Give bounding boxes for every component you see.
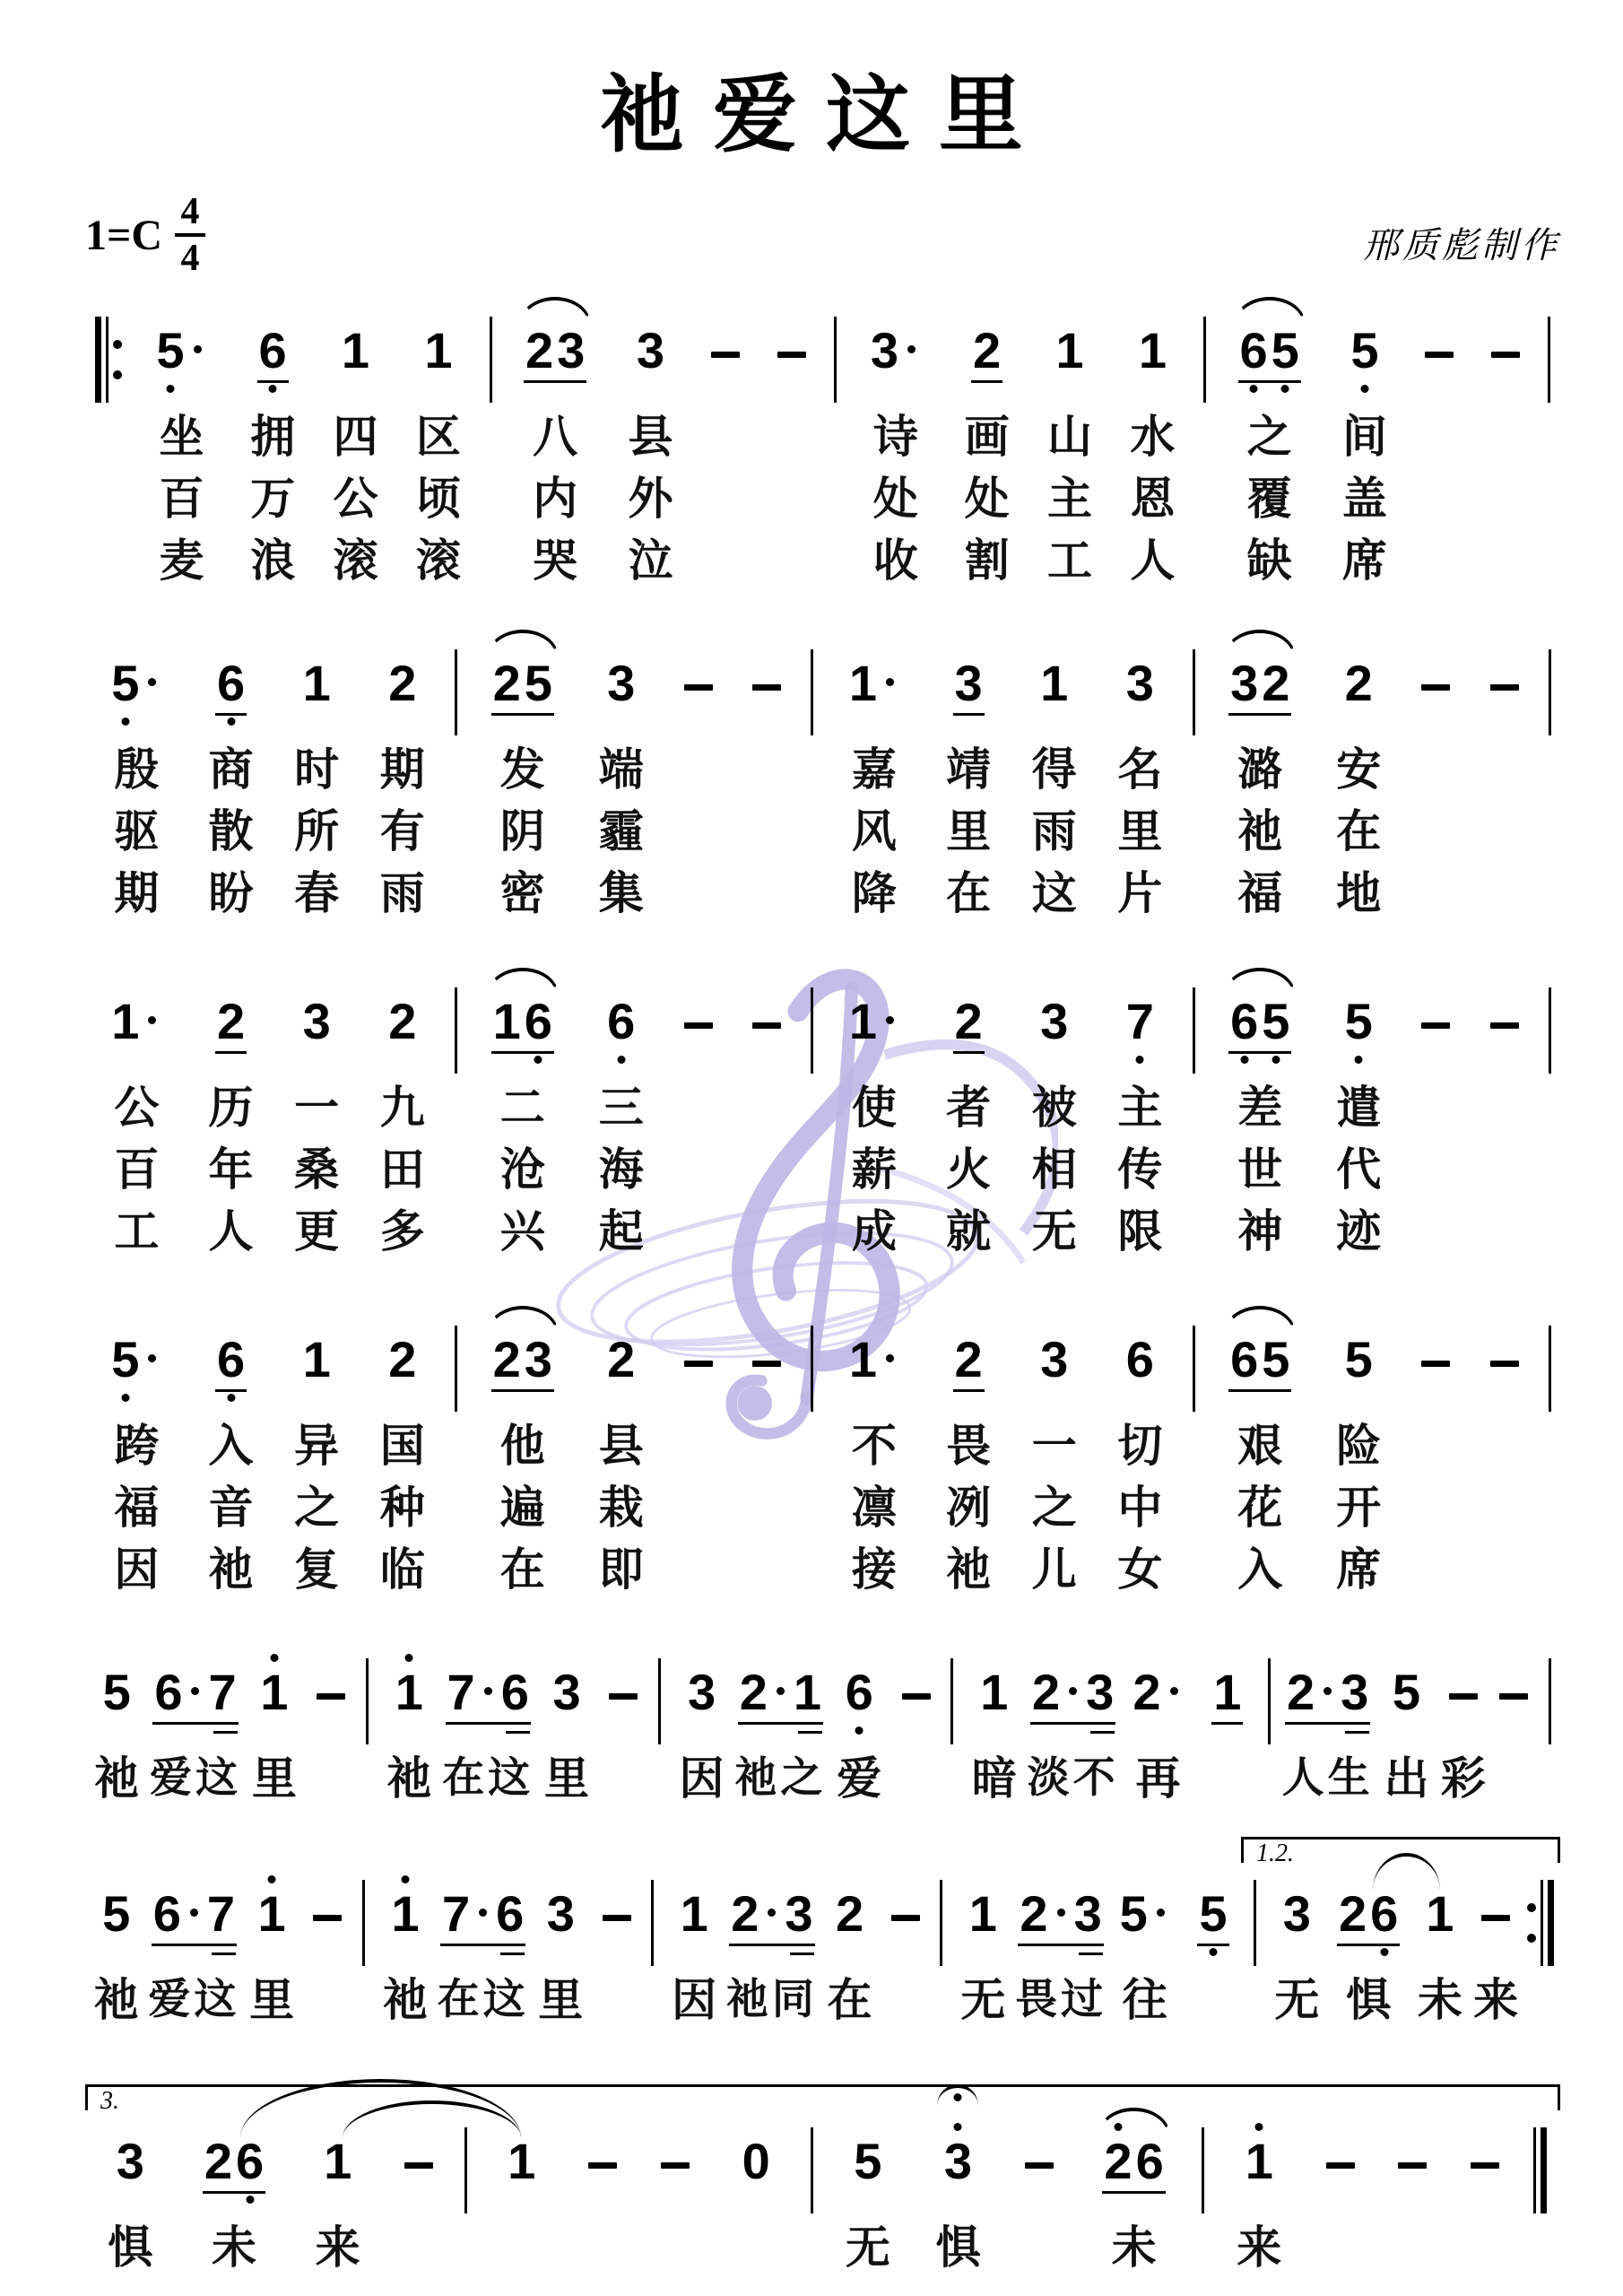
note-digit: 2 (1104, 2136, 1132, 2187)
dash-token (1305, 2111, 1376, 2281)
note-group: 5 (1349, 326, 1380, 383)
note-digit: 6 (525, 996, 552, 1047)
note-group: 6 (215, 658, 247, 716)
note-group: 23 (524, 326, 586, 383)
note-token: 5无 (823, 2111, 914, 2281)
duration-dash (777, 352, 806, 358)
note-digit: 1 (395, 1667, 423, 1718)
note-digit: 2 (493, 658, 521, 709)
note-group: 23 (491, 1335, 554, 1392)
note-digit: 7 (1126, 996, 1154, 1047)
note-token: 26未 (1075, 2111, 1193, 2281)
note-digit: 5 (1199, 1889, 1227, 1939)
lyric-syllable: 畏 (946, 1417, 991, 1479)
lyric-syllable: 四 (334, 408, 378, 470)
note-token: 23淡不 (1026, 1642, 1120, 1812)
dash-token (1003, 2111, 1075, 2281)
note-digit: 1 (303, 1335, 331, 1385)
duration-dash (1449, 1693, 1478, 1700)
note-group: 3 (605, 658, 637, 716)
lyric-syllable: 因 (114, 1541, 159, 1603)
barline (931, 1864, 952, 1971)
note-digit: 5 (525, 658, 552, 709)
barline (446, 1309, 467, 1417)
note-group: 16 (491, 996, 554, 1054)
lyric-syllable: 在 (946, 865, 991, 926)
note-digit: 1 (980, 1667, 1008, 1718)
note-token: 1里 (240, 1864, 302, 2033)
lyric-syllable: 无 (960, 1971, 1005, 2033)
note-group: 76 (440, 1889, 525, 1946)
lyric-syllable: 畏过 (1015, 1971, 1107, 2033)
note-digit: 3 (1074, 1889, 1102, 1939)
note-group: 1 (1054, 326, 1085, 383)
barline (446, 971, 467, 1079)
note-token: 3因 (670, 1642, 733, 1812)
duration-dash (1326, 2162, 1355, 2169)
note-token: 23人生 (1280, 1642, 1375, 1812)
lyric-syllable: 切 (1117, 1417, 1162, 1479)
note-group: 1 (978, 1667, 1010, 1725)
duration-dash (752, 684, 781, 691)
duration-dash (1471, 2162, 1499, 2169)
note-digit: 1 (493, 996, 521, 1047)
system-6: 5祂67爱这1里1祂76在这3里1因23祂同2在1无23畏过5往53无26惧1未… (85, 1864, 1560, 2033)
note-token: 6爱 (828, 1642, 890, 1812)
note-group: 65 (1228, 996, 1291, 1054)
note-digit: 5 (1345, 1335, 1373, 1385)
lyric-syllable: 使 (852, 1079, 897, 1141)
note-token: 23他遍在 (467, 1309, 578, 1603)
duration-dash (588, 2162, 617, 2169)
note-token: 65之覆缺 (1216, 300, 1324, 594)
duration-dash (404, 2162, 433, 2169)
duration-dash (684, 1022, 713, 1029)
duration-dash (1398, 2162, 1427, 2169)
note-group: 1 (1137, 326, 1168, 383)
lyric-syllable: 殷 (114, 741, 159, 803)
note-digit: 2 (204, 2136, 232, 2187)
note-group: 2 (834, 1889, 865, 1946)
note-digit: 2 (1133, 1667, 1160, 1718)
note-token: 1公百工 (85, 971, 188, 1265)
lyric-syllable: 被 (1032, 1079, 1077, 1141)
note-digit: 1 (1245, 2136, 1273, 2187)
note-token: 3名里片 (1098, 633, 1184, 926)
lyric-syllable: 多 (380, 1203, 425, 1265)
lyric-syllable: 拥 (250, 408, 295, 470)
duration-dash (1421, 1361, 1450, 1367)
note-token: 1四公滚 (314, 300, 396, 594)
note-digit: 2 (1032, 1667, 1060, 1718)
note-token: 1暗 (963, 1642, 1026, 1812)
note-digit: 1 (969, 1889, 997, 1939)
barline (802, 1309, 823, 1417)
dash-token (1406, 300, 1472, 594)
note-token: 6商散盼 (188, 633, 274, 926)
lyric-syllable: 端 (599, 741, 644, 803)
note-group: 26 (1102, 2136, 1165, 2194)
note-digit: 2 (955, 1335, 983, 1385)
lyric-syllable: 祂 (946, 1541, 991, 1603)
lyric-syllable: 惧 (108, 2219, 152, 2281)
note-group: 2 (971, 326, 1002, 383)
lyric-syllable: 人生 (1282, 1750, 1374, 1812)
lyric-syllable: 集 (599, 865, 644, 926)
notes-row: 5坐百麦6拥万浪1四公滚1区顷滚23八内哭3县外泣3诗处收2画处割1山主工1水恩… (85, 300, 1560, 594)
augmentation-dot (777, 1687, 785, 1695)
note-digit: 1 (508, 2136, 535, 2187)
note-group: 3 (869, 326, 923, 383)
lyric-syllable: 之 (294, 1479, 339, 1541)
note-digit: 1 (324, 2136, 352, 2187)
barline (1539, 633, 1560, 741)
dash-token (733, 1309, 802, 1603)
dash-token (1402, 1309, 1471, 1603)
lyric-syllable: 代 (1336, 1141, 1381, 1203)
note-group: 1 (394, 1667, 425, 1725)
lyric-syllable: 所 (294, 803, 339, 865)
note-token: 1得雨这 (1011, 633, 1098, 926)
lyric-syllable: 在这 (438, 1971, 529, 2033)
lyric-syllable: 麦 (159, 532, 204, 594)
lyric-syllable: 工 (1047, 532, 1092, 594)
lyric-syllable: 因 (672, 1971, 716, 2033)
lyric-syllable: 栽 (599, 1479, 644, 1541)
note-group: 1 (1244, 2136, 1275, 2194)
note-digit: 1 (424, 326, 452, 376)
duration-dash (752, 1361, 781, 1367)
note-token: 5出 (1375, 1642, 1437, 1812)
note-digit: 2 (388, 658, 416, 709)
dash-token (664, 633, 733, 926)
lyric-syllable: 阴 (500, 803, 545, 865)
note-digit: 2 (525, 326, 553, 376)
note-digit: 3 (1341, 1667, 1368, 1718)
note-digit: 6 (1126, 1335, 1154, 1385)
note-digit: 1 (257, 1889, 285, 1939)
note-digit: 1 (849, 658, 877, 709)
note-digit: 7 (442, 1889, 470, 1939)
augmentation-dot (1057, 1909, 1065, 1917)
note-digit: 3 (1283, 1889, 1311, 1939)
slur-arc (487, 968, 559, 996)
note-token: 3一桑更 (273, 971, 360, 1265)
lyric-syllable: 顷 (416, 470, 461, 532)
volta-label: 3. (100, 2087, 119, 2116)
lyric-syllable: 祂 (1237, 803, 1282, 865)
note-group: 32 (1228, 658, 1291, 716)
lyric-syllable: 有 (380, 803, 425, 865)
note-token: 2画处割 (945, 300, 1028, 594)
note-token: 5遣代迹 (1315, 971, 1402, 1265)
note-token: 5祂 (85, 1864, 147, 2033)
note-digit: 7 (208, 1667, 236, 1718)
lyric-syllable: 开 (1336, 1479, 1381, 1541)
note-token: 65差世神 (1204, 971, 1315, 1265)
lyric-syllable: 惧 (935, 2219, 980, 2281)
note-group: 76 (446, 1667, 531, 1725)
note-token: 3里 (535, 1642, 598, 1812)
sixteenth-underline (506, 1731, 530, 1734)
slur-arc (1234, 297, 1306, 325)
lyric-syllable: 火 (946, 1141, 991, 1203)
lyric-syllable: 县 (599, 1417, 644, 1479)
note-group: 5 (109, 1335, 163, 1392)
lyric-syllable: 之 (1032, 1479, 1077, 1541)
note-group: 1 (847, 996, 901, 1054)
slur-arc (519, 297, 591, 325)
lyric-syllable: 八 (533, 408, 577, 470)
note-token: 2畏冽祂 (925, 1309, 1011, 1603)
lyric-syllable: 覆 (1247, 470, 1292, 532)
note-group: 67 (152, 1667, 238, 1725)
barline (1539, 1309, 1560, 1417)
augmentation-dot (1324, 1687, 1332, 1695)
dash-token (664, 1309, 733, 1603)
note-token: 1不凛接 (823, 1309, 926, 1603)
note-digit: 0 (742, 2136, 770, 2187)
augmentation-dot (148, 678, 156, 686)
note-digit: 1 (391, 1889, 419, 1939)
note-digit: 2 (1345, 658, 1373, 709)
note-token: 1异之复 (273, 1309, 360, 1603)
duration-dash (1491, 352, 1520, 358)
note-group: 5 (109, 658, 163, 716)
dash-token (567, 2111, 638, 2281)
sheet-music-page: 祂爱这里 1=C 4 4 邢质彪制作 5坐百麦6拥万浪1四公滚1区顷滚23八内哭… (0, 0, 1623, 2296)
lyric-syllable: 万 (250, 470, 295, 532)
lyric-syllable: 相 (1032, 1141, 1077, 1203)
duration-dash (1481, 1915, 1510, 1921)
sixteenth-underline (213, 1731, 238, 1734)
barline (802, 971, 823, 1079)
note-group: 3 (953, 658, 985, 716)
note-token: 67爱这 (148, 1642, 242, 1812)
note-token: 32潞祂福 (1204, 633, 1315, 926)
duration-dash (609, 1693, 638, 1700)
note-group: 1 (847, 658, 901, 716)
note-digit: 5 (111, 1335, 139, 1385)
sixteenth-underline (790, 1952, 814, 1955)
note-token: 25发阴密 (467, 633, 578, 926)
note-token: 5跨福因 (85, 1309, 188, 1603)
lyric-syllable: 公 (334, 470, 378, 532)
lyric-syllable: 因 (680, 1750, 725, 1812)
note-digit: 5 (102, 1889, 130, 1939)
lyric-syllable: 花 (1237, 1479, 1282, 1541)
lyric-syllable: 桑 (294, 1141, 339, 1203)
slur-arc (1224, 1306, 1296, 1334)
duration-dash (603, 1915, 631, 1921)
dash-token (1402, 633, 1471, 926)
note-group: 1 (1211, 1667, 1243, 1725)
note-group: 3 (1124, 658, 1156, 716)
note-group: 5 (154, 326, 208, 383)
lyric-syllable: 区 (416, 408, 461, 470)
barline (480, 300, 501, 408)
lyric-syllable: 薪 (852, 1141, 897, 1203)
note-token: 3端霾集 (578, 633, 664, 926)
lyric-syllable: 潞 (1237, 741, 1282, 803)
note-group: 5 (1118, 1889, 1172, 1946)
note-digit: 2 (973, 326, 1001, 376)
note-token: 2期有雨 (360, 633, 446, 926)
note-digit: 6 (1370, 1889, 1398, 1939)
duration-dash (661, 2162, 690, 2169)
lyric-syllable: 山 (1047, 408, 1092, 470)
barline (1539, 971, 1560, 1079)
slur-arc (1224, 968, 1296, 996)
dash-token (1471, 1309, 1540, 1603)
note-group: 65 (1228, 1335, 1291, 1392)
dash-token (306, 1642, 356, 1812)
note-token: 23祂同 (725, 1864, 819, 2033)
note-token: 1使薪成 (823, 971, 926, 1265)
note-group: 0 (741, 2136, 772, 2194)
lyric-syllable: 异 (294, 1417, 339, 1479)
lyric-syllable: 处 (965, 470, 1010, 532)
note-digit: 1 (849, 996, 877, 1047)
duration-dash (711, 352, 740, 358)
lyric-syllable: 间 (1342, 408, 1387, 470)
lyric-syllable: 盖 (1342, 470, 1387, 532)
note-token: 2九田多 (360, 971, 446, 1265)
lyric-syllable: 在 (1336, 803, 1381, 865)
note-token: 1时所春 (273, 633, 360, 926)
lyric-syllable: 传 (1117, 1141, 1162, 1203)
note-digit: 1 (794, 1667, 821, 1718)
note-group: 23 (1030, 1667, 1115, 1725)
lyric-syllable: 外 (628, 470, 673, 532)
dash-token (1472, 300, 1539, 594)
system-1: 5坐百麦6拥万浪1四公滚1区顷滚23八内哭3县外泣3诗处收2画处割1山主工1水恩… (85, 300, 1560, 594)
lyric-syllable: 者 (946, 1079, 991, 1141)
note-token: 3惧 (85, 2111, 176, 2281)
lyric-syllable: 兴 (500, 1203, 545, 1265)
note-digit: 2 (955, 996, 983, 1047)
lyric-syllable: 内 (533, 470, 577, 532)
lyric-syllable: 里 (252, 1750, 297, 1812)
note-token: 0 (711, 2111, 802, 2281)
note-digit: 5 (1350, 326, 1378, 376)
note-token: 6入音祂 (188, 1309, 274, 1603)
augmentation-dot (768, 1909, 776, 1917)
note-digit: 6 (1230, 996, 1258, 1047)
note-digit: 6 (1136, 2136, 1164, 2187)
lyric-syllable: 降 (852, 865, 897, 926)
lyric-syllable: 一 (1032, 1417, 1077, 1479)
score-area: 5坐百麦6拥万浪1四公滚1区顷滚23八内哭3县外泣3诗处收2画处割1山主工1水恩… (0, 0, 1623, 2296)
duration-dash (1499, 1693, 1528, 1700)
lyric-syllable: 密 (500, 865, 545, 926)
lyric-syllable: 百 (159, 470, 204, 532)
note-digit: 5 (854, 2136, 881, 2187)
note-digit: 3 (1040, 1335, 1068, 1385)
duration-dash (1421, 684, 1450, 691)
duration-dash (891, 1915, 920, 1921)
note-token: 16二沧兴 (467, 971, 578, 1265)
note-group: 5 (100, 1889, 132, 1946)
lyric-syllable: 世 (1237, 1141, 1282, 1203)
note-digit: 6 (1230, 1335, 1258, 1385)
note-digit: 1 (681, 1889, 708, 1939)
note-group: 1 (1038, 658, 1070, 716)
note-digit: 3 (955, 658, 983, 709)
duration-dash (1425, 352, 1454, 358)
lyric-syllable: 九 (380, 1079, 425, 1141)
lyric-syllable: 女 (1117, 1541, 1162, 1603)
note-digit: 6 (501, 1667, 529, 1718)
note-token: 3一之儿 (1011, 1309, 1098, 1603)
note-group: 5 (1343, 996, 1375, 1054)
note-digit: 3 (1126, 658, 1154, 709)
lyric-syllable: 凛 (852, 1479, 897, 1541)
note-token: 3被相无 (1011, 971, 1098, 1265)
augmentation-dot (191, 1687, 199, 1695)
lyric-syllable: 割 (965, 532, 1010, 594)
lyric-syllable: 里 (1117, 803, 1162, 865)
lyric-syllable: 里 (249, 1971, 294, 2033)
lyric-syllable: 福 (114, 1479, 159, 1541)
note-group: 3 (942, 2136, 974, 2194)
note-group: 1 (679, 1889, 710, 1946)
lyric-syllable: 爱这 (148, 1971, 239, 2033)
note-token: 2在 (819, 1864, 881, 2033)
sixteenth-underline (1079, 1952, 1103, 1955)
note-group: 6 (257, 326, 289, 383)
lyric-syllable: 恩 (1130, 470, 1175, 532)
barline (352, 1864, 374, 1971)
note-digit: 5 (1271, 326, 1299, 376)
lyric-syllable: 诗 (873, 408, 918, 470)
note-digit: 6 (846, 1667, 873, 1718)
dash-token (733, 971, 802, 1265)
lyric-syllable: 祂 (94, 1971, 139, 2033)
note-digit: 3 (1230, 658, 1258, 709)
note-digit: 1 (849, 1335, 877, 1385)
barline (942, 1642, 963, 1750)
note-group: 6 (215, 1335, 247, 1392)
note-digit: 2 (731, 1889, 759, 1939)
augmentation-dot (479, 1909, 487, 1917)
note-token: 23八内哭 (501, 300, 609, 594)
lyric-syllable: 接 (852, 1541, 897, 1603)
note-digit: 6 (217, 658, 245, 709)
note-token: 1祂 (374, 1864, 436, 2033)
note-token: 5险开席 (1315, 1309, 1402, 1603)
lyric-syllable: 商 (209, 741, 254, 803)
lyric-syllable: 滚 (334, 532, 378, 594)
note-group: 3 (686, 1667, 717, 1725)
note-digit: 2 (1020, 1889, 1047, 1939)
lyric-syllable: 浪 (250, 532, 295, 594)
lyric-syllable: 期 (380, 741, 425, 803)
lyric-syllable: 冽 (946, 1479, 991, 1541)
lyric-syllable: 临 (380, 1541, 425, 1603)
dash-token (881, 1864, 930, 2033)
lyric-syllable: 期 (114, 865, 159, 926)
note-group: 1 (109, 996, 163, 1054)
barline (802, 2111, 823, 2219)
note-digit: 3 (688, 1667, 716, 1718)
note-group: 1 (301, 1335, 333, 1392)
note-digit: 3 (547, 1889, 575, 1939)
augmentation-dot (886, 678, 894, 686)
lyric-syllable: 三 (599, 1079, 644, 1141)
dash-token (592, 1864, 641, 2033)
note-token: 65艰花入 (1204, 1309, 1315, 1603)
